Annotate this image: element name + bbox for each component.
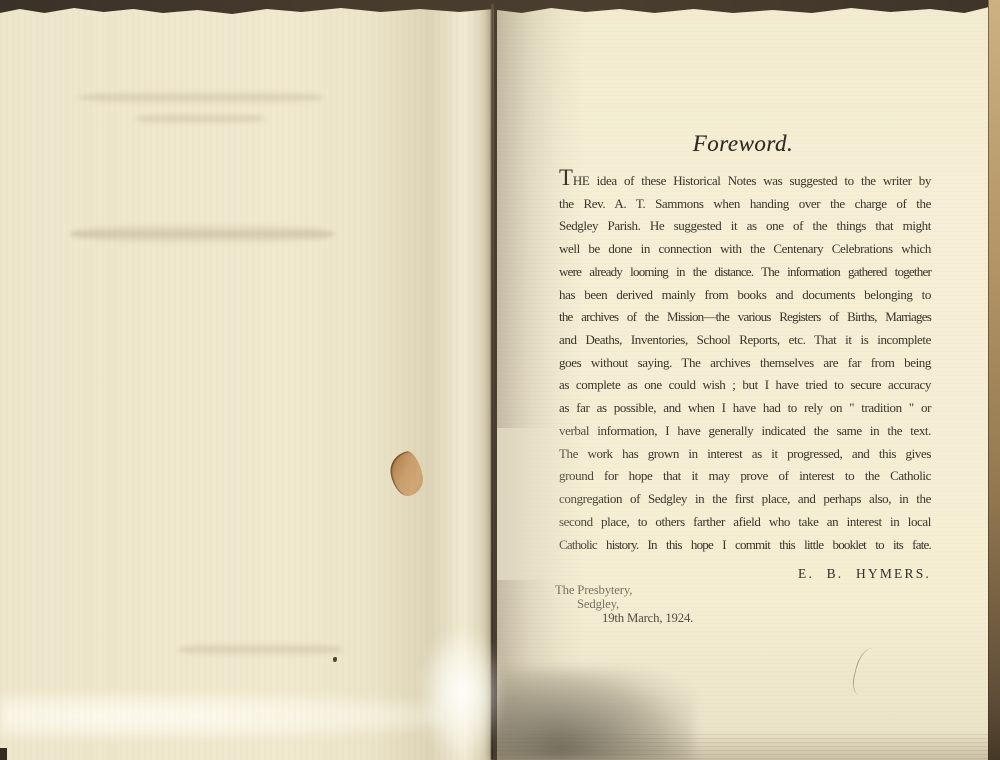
text-line: second place, to others farther afield w… [559,511,931,534]
bleedthrough-smudge [70,224,335,244]
scan-glare [418,626,504,760]
text-line: ground for hope that it may prove of int… [559,465,931,488]
address-line: Sedgley, [577,598,693,612]
text-line: the Rev. A. T. Sammons when handing over… [559,193,931,216]
paper-tear-blemish [387,449,426,498]
page-fore-edge [988,0,1000,760]
text-line: were already looming in the distance. Th… [559,261,931,284]
text-line: verbal information, I have generally ind… [559,420,931,443]
bleedthrough-smudge [135,112,265,125]
scanner-background-sliver [0,748,7,760]
text-line: well be done in connection with the Cent… [559,238,931,261]
text-line: the archives of the Mission—the various … [559,306,931,329]
scan-glare [0,694,442,738]
text-line: and Deaths, Inventories, School Reports,… [559,329,931,352]
text-line: The work has grown in interest as it pro… [559,443,931,466]
text-line: THE idea of these Historical Notes was s… [559,170,931,193]
bleedthrough-smudge [178,642,343,657]
text-line: congregation of Sedgley in the first pla… [559,488,931,511]
text-line: has been derived mainly from books and d… [559,284,931,307]
text-line: Sedgley Parish. He suggested it as one o… [559,215,931,238]
hair-fiber-artifact [850,646,884,698]
text-line: as complete as one could wish ; but I ha… [559,374,931,397]
right-page: Foreword. THE idea of these Historical N… [497,0,989,760]
page-title: Foreword. [497,131,989,157]
dirt-speck [333,657,337,662]
author-signature: E. B. HYMERS. [798,566,931,582]
foreword-paragraph: THE idea of these Historical Notes was s… [559,170,931,556]
shadow-fade-overlay [497,428,612,580]
bleedthrough-smudge [78,90,323,105]
address-line: 19th March, 1924. [602,612,693,626]
text-line: Catholic history. In this hope I commit … [559,534,931,557]
bottom-shadow [489,668,694,760]
page-bottom-edge [497,734,989,760]
text-line: goes without saying. The archives themse… [559,352,931,375]
address-line: The Presbytery, [555,584,693,598]
book-scan: Foreword. THE idea of these Historical N… [0,0,1000,760]
text-line: as far as possible, and when I have had … [559,397,931,420]
address-block: The Presbytery, Sedgley, 19th March, 192… [555,584,693,625]
